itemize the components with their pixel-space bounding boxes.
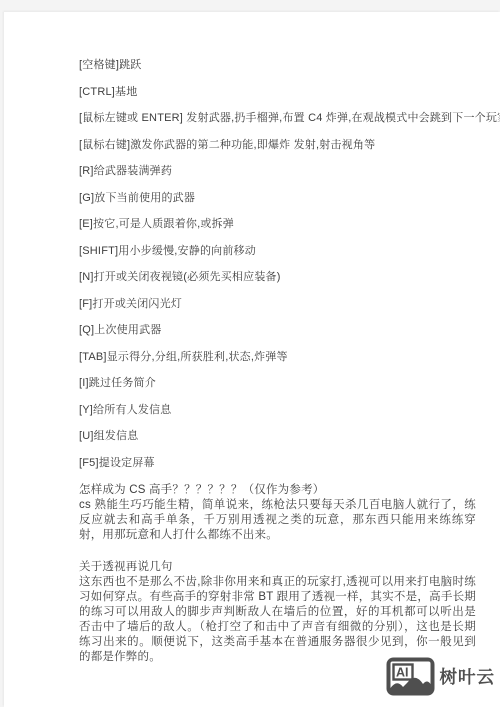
document-content: [空格键]跳跃 [CTRL]基地 [鼠标左键或 ENTER] 发射武器,扔手榴弹… [79, 59, 476, 665]
key-binding-line: [G]放下当前使用的武器 [79, 192, 476, 204]
key-binding-line: [E]按它,可是人质跟着你,或拆弹 [79, 218, 476, 230]
key-binding-line: [鼠标左键或 ENTER] 发射武器,扔手榴弹,布置 C4 炸弹,在观战模式中会… [79, 112, 476, 124]
key-binding-line: [N]打开或关闭夜视镜(必须先买相应装备) [79, 271, 476, 283]
key-binding-line: [R]给武器装满弹药 [79, 165, 476, 177]
key-binding-line: [Q]上次使用武器 [79, 324, 476, 336]
section1-body: cs 熟能生巧巧能生精，简单说来，练枪法只要每天杀几百电脑人就行了，练反应就去和… [79, 498, 476, 543]
key-binding-line: [CTRL]基地 [79, 86, 476, 98]
key-binding-line: [F]打开或关闭闪光灯 [79, 298, 476, 310]
svg-text:AI: AI [396, 666, 409, 680]
key-binding-line: [F5]提设定屏幕 [79, 457, 476, 469]
watermark: AI 树叶云 [386, 657, 496, 696]
key-binding-line: [空格键]跳跃 [79, 59, 476, 71]
watermark-brand-name: 树叶云 [440, 664, 496, 689]
section1-title: 怎样成为 CS 高手？？？？？？（仅作为参考） [79, 483, 476, 498]
ai-image-logo-icon: AI [386, 657, 435, 696]
document-page: [空格键]跳跃 [CTRL]基地 [鼠标左键或 ENTER] 发射武器,扔手榴弹… [4, 12, 500, 707]
key-binding-line: [I]跳过任务简介 [79, 377, 476, 389]
key-binding-line: [TAB]显示得分,分组,所获胜利,状态,炸弹等 [79, 351, 476, 363]
key-binding-line: [鼠标右键]激发你武器的第二种功能,即爆炸 发射,射击视角等 [79, 139, 476, 151]
key-binding-line: [U]组发信息 [79, 430, 476, 442]
key-binding-line: [Y]给所有人发信息 [79, 404, 476, 416]
section2-body: 这东西也不是那么不齿,除非你用来和真正的玩家打,透视可以用来打电脑时练习如何穿点… [79, 575, 476, 665]
key-binding-line: [SHIFT]用小步缓慢,安静的向前移动 [79, 245, 476, 257]
section2-title: 关于透视再说几句 [79, 560, 476, 575]
